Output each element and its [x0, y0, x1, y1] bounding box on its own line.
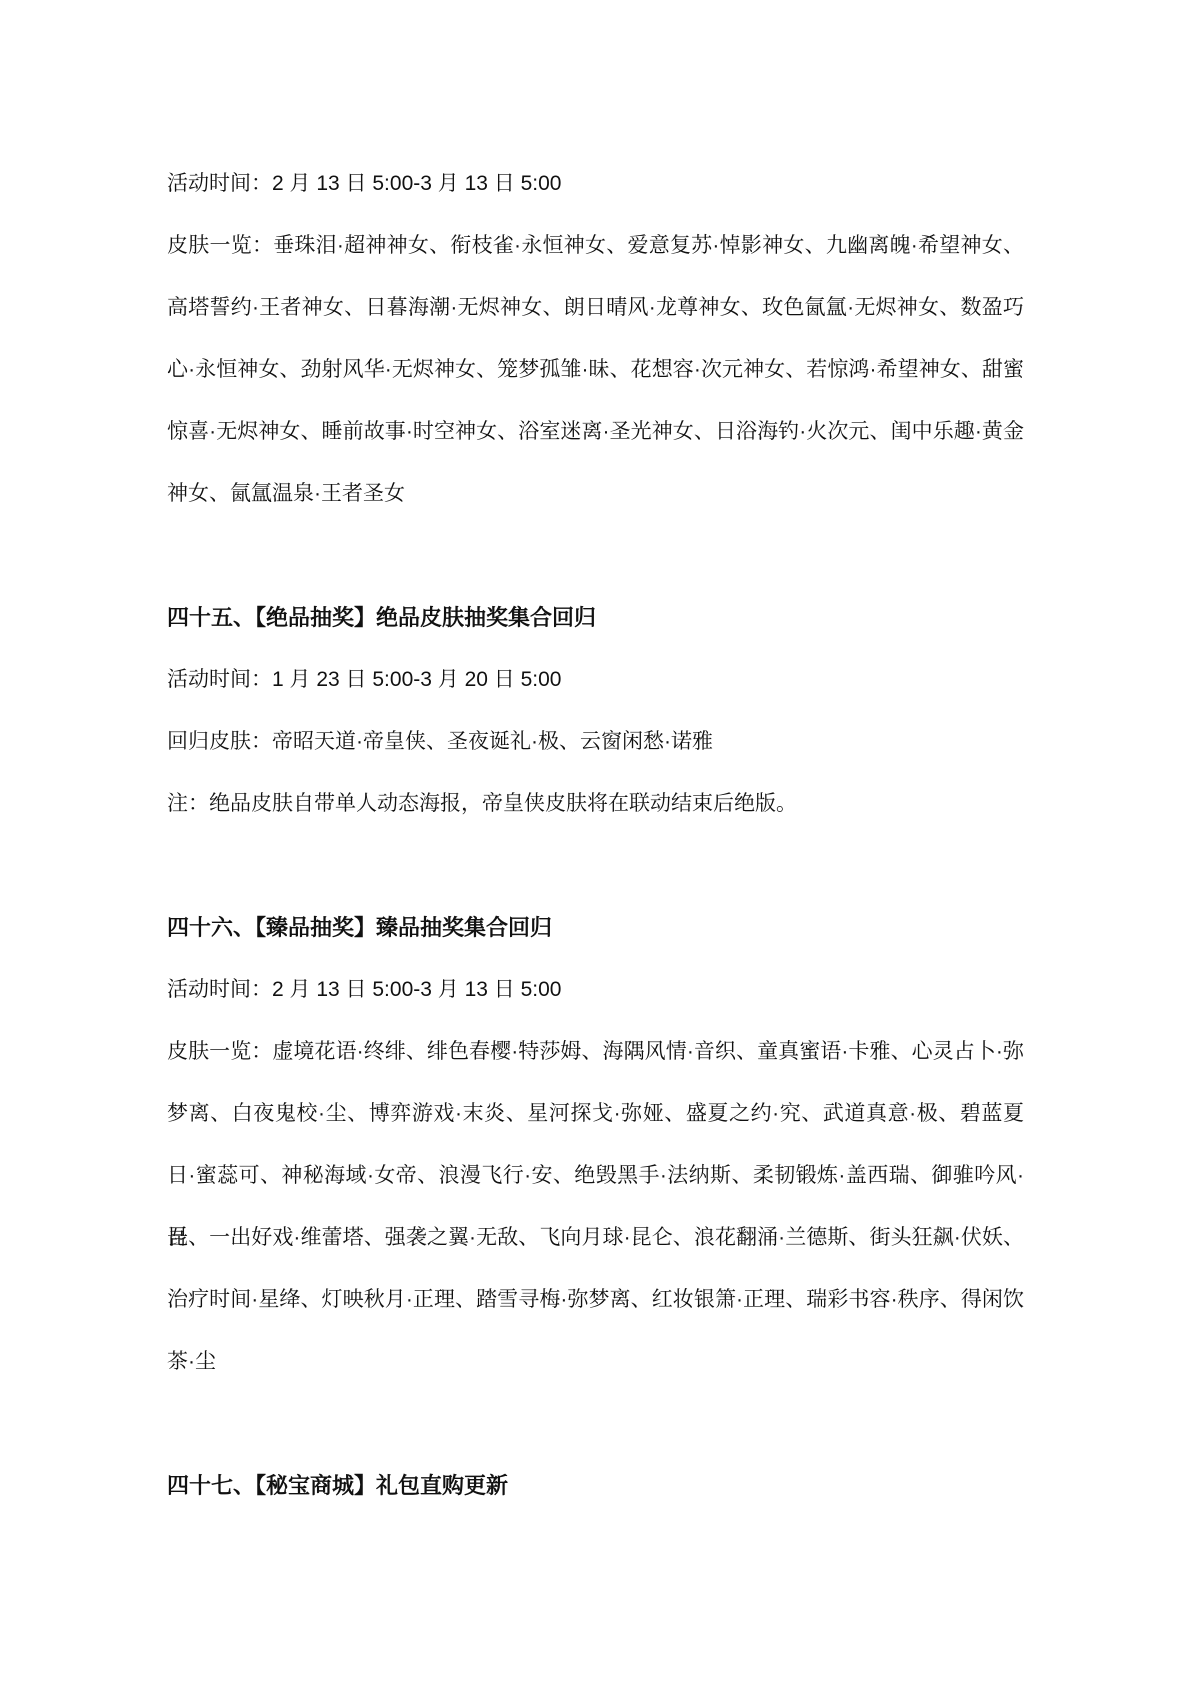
paragraph-line: 惊喜·无烬神女、睡前故事·时空神女、浴室迷离·圣光神女、日浴海钓·火次元、闺中乐…	[167, 401, 1024, 463]
paragraph-line: 日·蜜蕊可、神秘海域·女帝、浪漫飞行·安、绝毁黑手·法纳斯、柔韧锻炼·盖西瑞、御…	[167, 1145, 1024, 1207]
paragraph-line: 梦离、白夜鬼校·尘、博弈游戏·末炎、星河探戈·弥娅、盛夏之约·究、武道真意·极、…	[167, 1083, 1024, 1145]
section-46-heading: 四十六、【臻品抽奖】臻品抽奖集合回归	[167, 897, 1024, 959]
paragraph-line: 高塔誓约·王者神女、日暮海潮·无烬神女、朗日晴风·龙尊神女、玫色氤氲·无烬神女、…	[167, 277, 1024, 339]
paragraph-line: 茶·尘	[167, 1331, 1024, 1393]
blank-line	[167, 525, 1024, 587]
paragraph-line: 皮肤一览：垂珠泪·超神神女、衔枝雀·永恒神女、爱意复苏·悼影神女、九幽离魄·希望…	[167, 215, 1024, 277]
document-page: 活动时间：2 月 13 日 5:00-3 月 13 日 5:00皮肤一览：垂珠泪…	[0, 0, 1190, 1683]
blank-line	[167, 1393, 1024, 1455]
paragraph-line: 活动时间：2 月 13 日 5:00-3 月 13 日 5:00	[167, 153, 1024, 215]
paragraph-line: 吾、一出好戏·维蕾塔、强袭之翼·无敌、飞向月球·昆仑、浪花翻涌·兰德斯、街头狂飙…	[167, 1207, 1024, 1269]
paragraph-line: 心·永恒神女、劲射风华·无烬神女、笼梦孤雏·昧、花想容·次元神女、若惊鸿·希望神…	[167, 339, 1024, 401]
section-45-heading: 四十五、【绝品抽奖】绝品皮肤抽奖集合回归	[167, 587, 1024, 649]
paragraph-line: 皮肤一览：虚境花语·终绯、绯色春樱·特莎姆、海隅风情·音织、童真蜜语·卡雅、心灵…	[167, 1021, 1024, 1083]
paragraph-line: 神女、氤氲温泉·王者圣女	[167, 463, 1024, 525]
paragraph-line: 活动时间：1 月 23 日 5:00-3 月 20 日 5:00	[167, 649, 1024, 711]
section-47-heading: 四十七、【秘宝商城】礼包直购更新	[167, 1455, 1024, 1517]
blank-line	[167, 835, 1024, 897]
paragraph-line: 回归皮肤：帝昭天道·帝皇侠、圣夜诞礼·极、云窗闲愁·诺雅	[167, 711, 1024, 773]
paragraph-line: 注：绝品皮肤自带单人动态海报，帝皇侠皮肤将在联动结束后绝版。	[167, 773, 1024, 835]
paragraph-line: 活动时间：2 月 13 日 5:00-3 月 13 日 5:00	[167, 959, 1024, 1021]
paragraph-line: 治疗时间·星绛、灯映秋月·正理、踏雪寻梅·弥梦离、红妆银箫·正理、瑞彩书容·秩序…	[167, 1269, 1024, 1331]
